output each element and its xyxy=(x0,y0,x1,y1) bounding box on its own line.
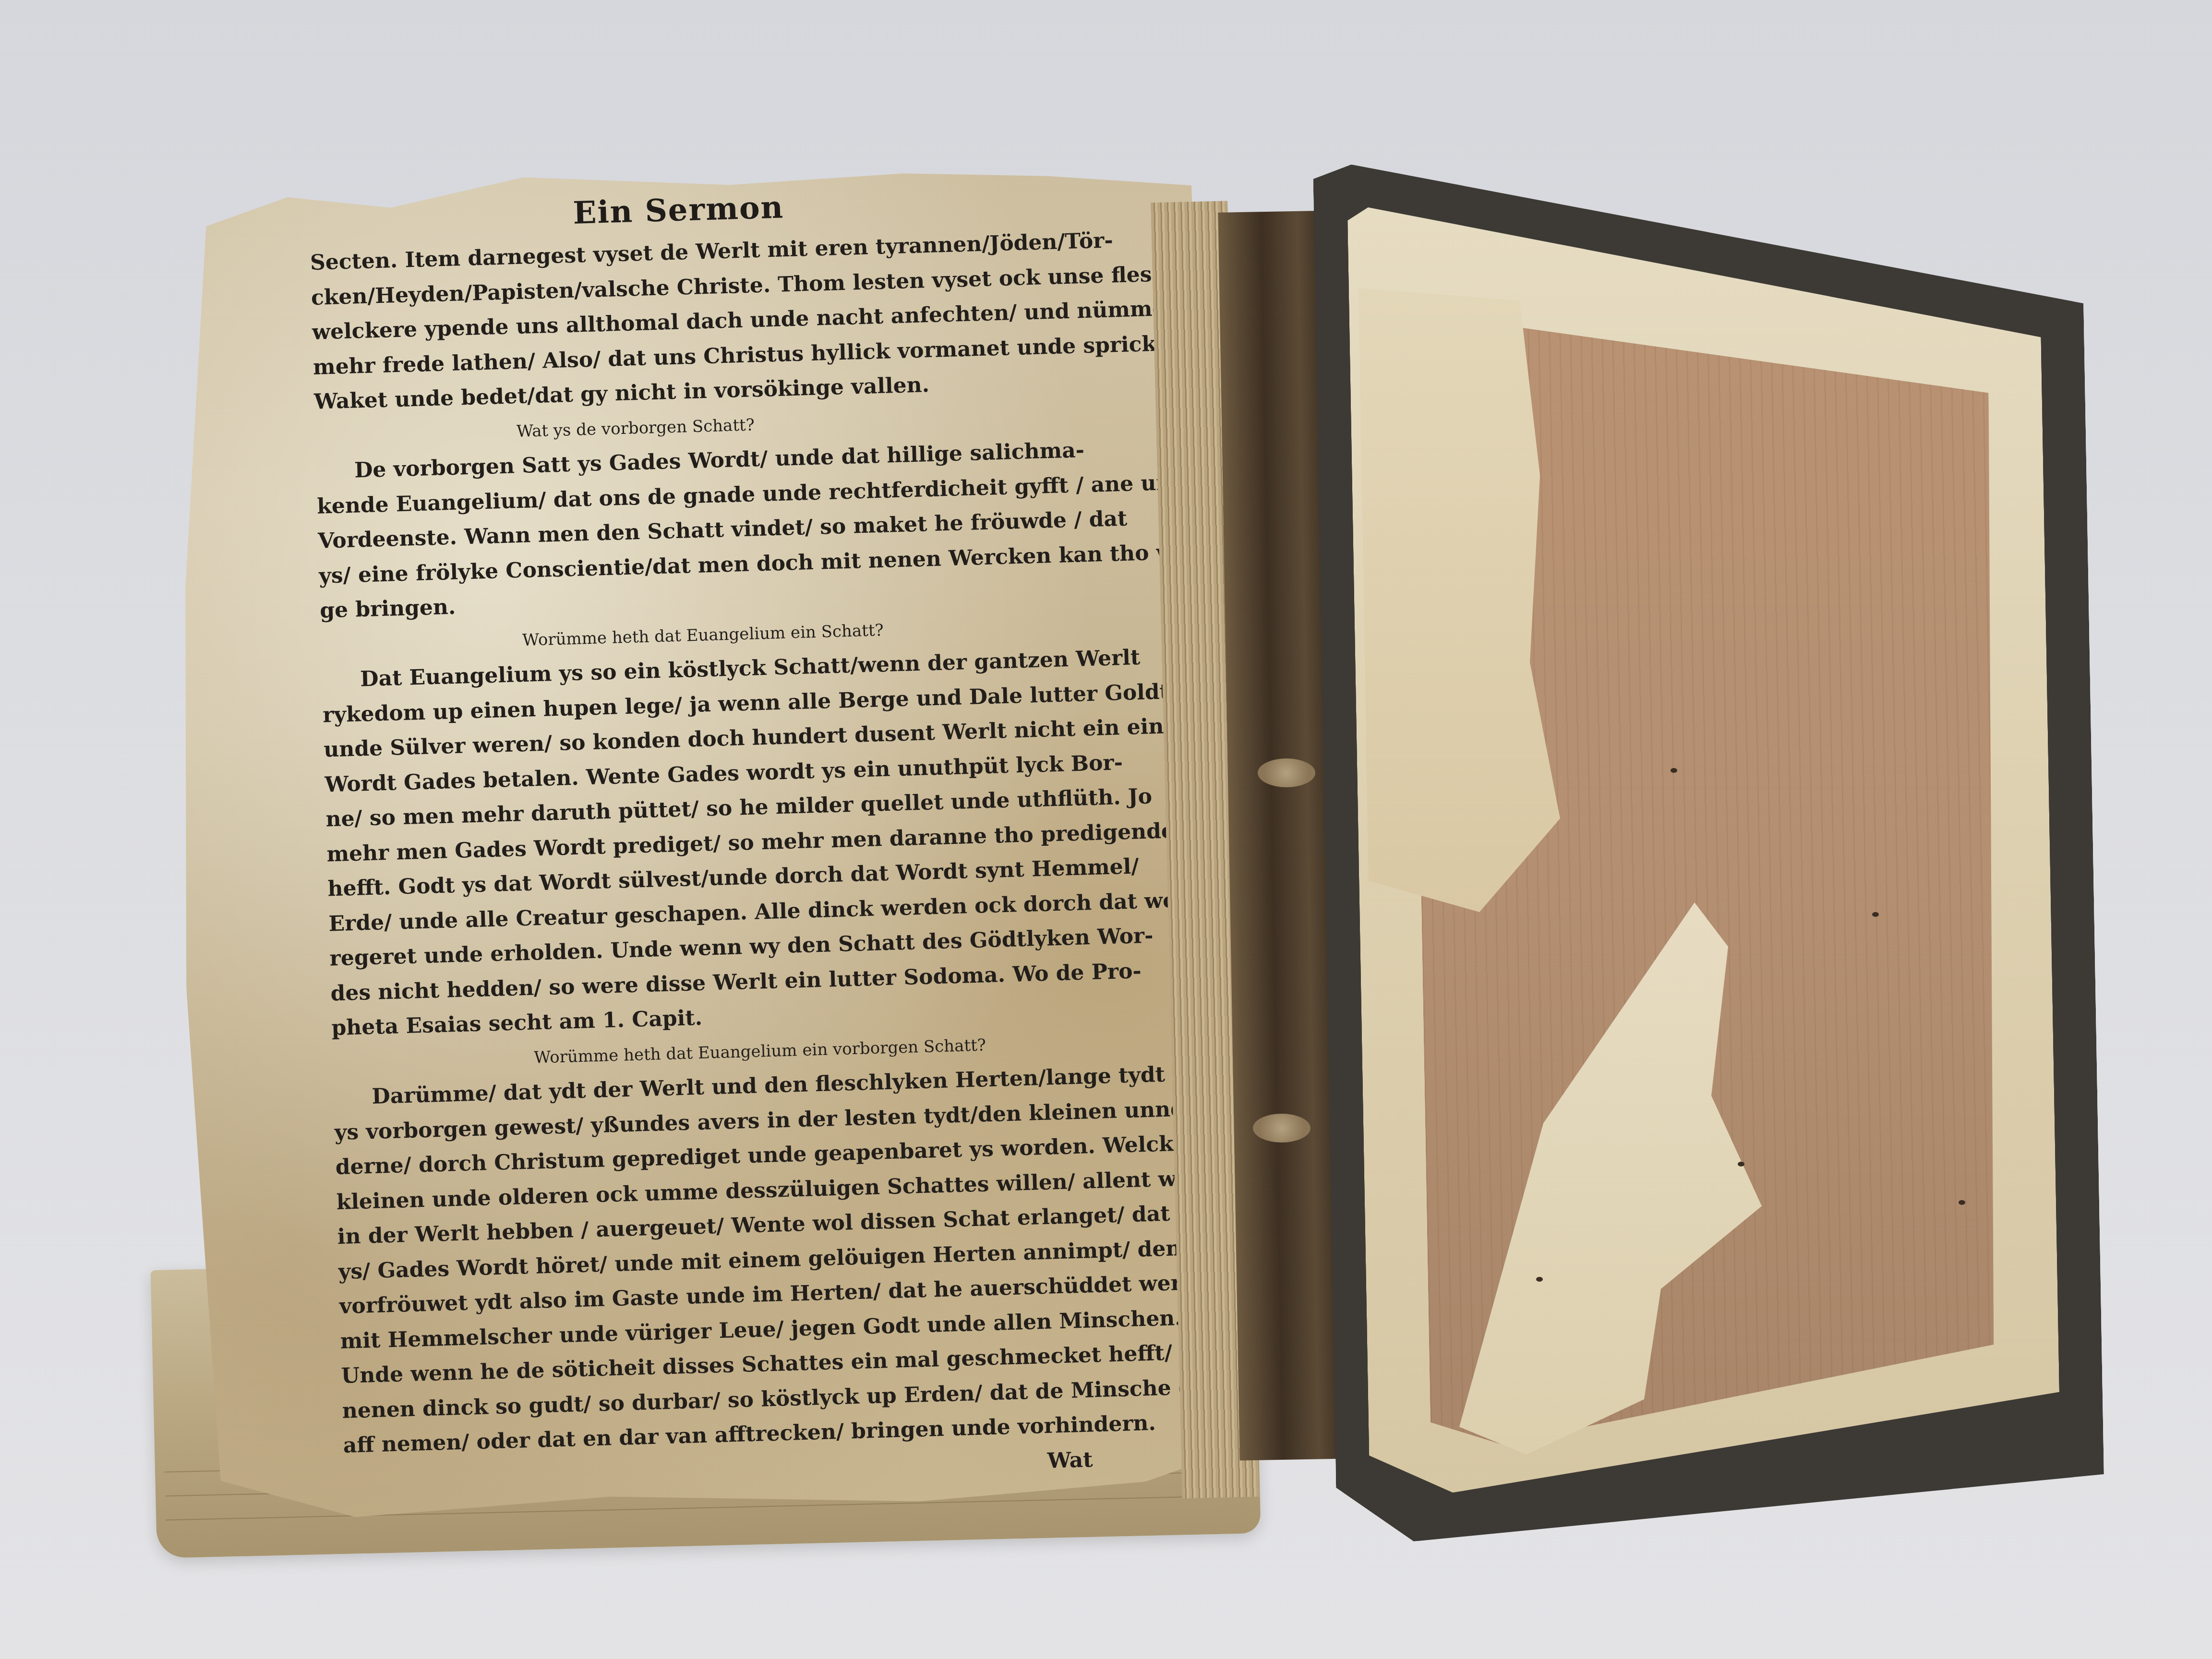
binding-cord xyxy=(1258,758,1315,787)
book-photo: Ein Sermon Secten. Item darnegest vyset … xyxy=(0,0,2212,1659)
page-text-block: Secten. Item darnegest vyset de Werlt mi… xyxy=(310,225,1093,1498)
binding-cord xyxy=(1253,1114,1310,1142)
left-printed-page: Ein Sermon Secten. Item darnegest vyset … xyxy=(164,159,1228,1522)
